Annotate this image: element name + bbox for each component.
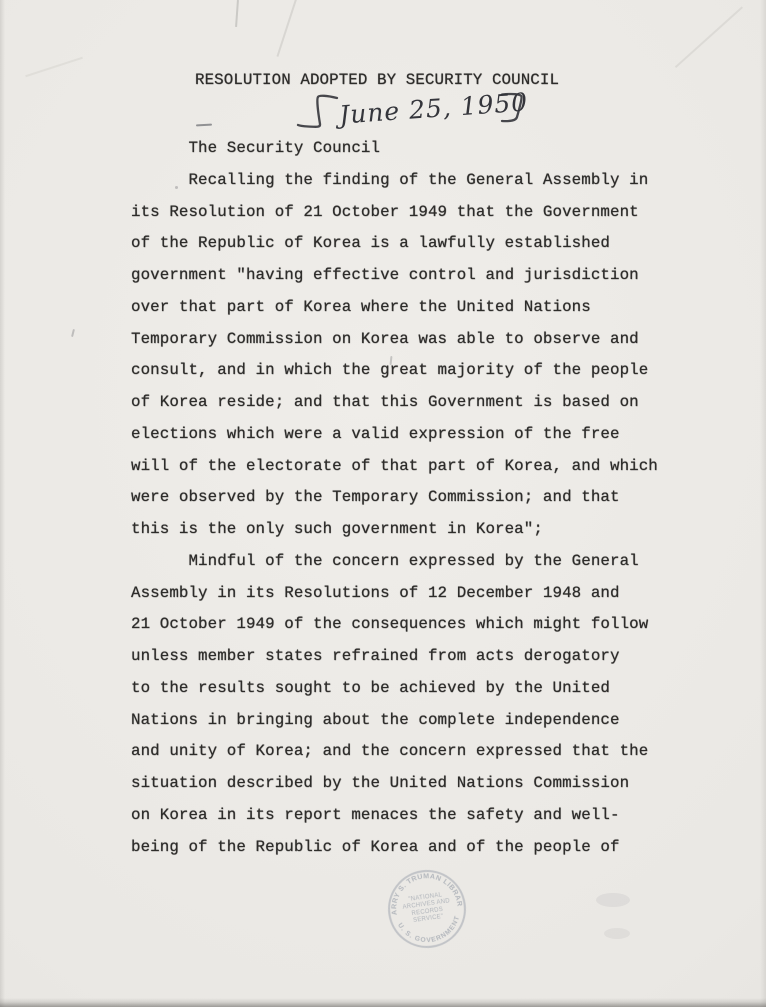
truman-library-archives-stamp-icon: HARRY S. TRUMAN LIBRARY U. S. GOVERNMENT… xyxy=(373,855,481,963)
scanned-document-page: RESOLUTION ADOPTED BY SECURITY COUNCIL J… xyxy=(0,0,766,1007)
paper-crease xyxy=(276,0,297,57)
paper-crease xyxy=(235,0,239,27)
paper-crease xyxy=(675,6,743,67)
scan-edge-shadow-right xyxy=(760,0,766,1007)
paper-smudge xyxy=(604,928,630,939)
pencil-tick-mark xyxy=(71,329,75,337)
pencil-dash-mark xyxy=(196,124,212,127)
paper-smudge xyxy=(596,893,630,907)
resolution-body-text: The Security Council Recalling the findi… xyxy=(131,133,658,863)
paper-crease xyxy=(25,57,83,77)
scan-edge-shadow-left xyxy=(0,0,5,1007)
scan-edge-shadow-bottom xyxy=(0,998,766,1007)
